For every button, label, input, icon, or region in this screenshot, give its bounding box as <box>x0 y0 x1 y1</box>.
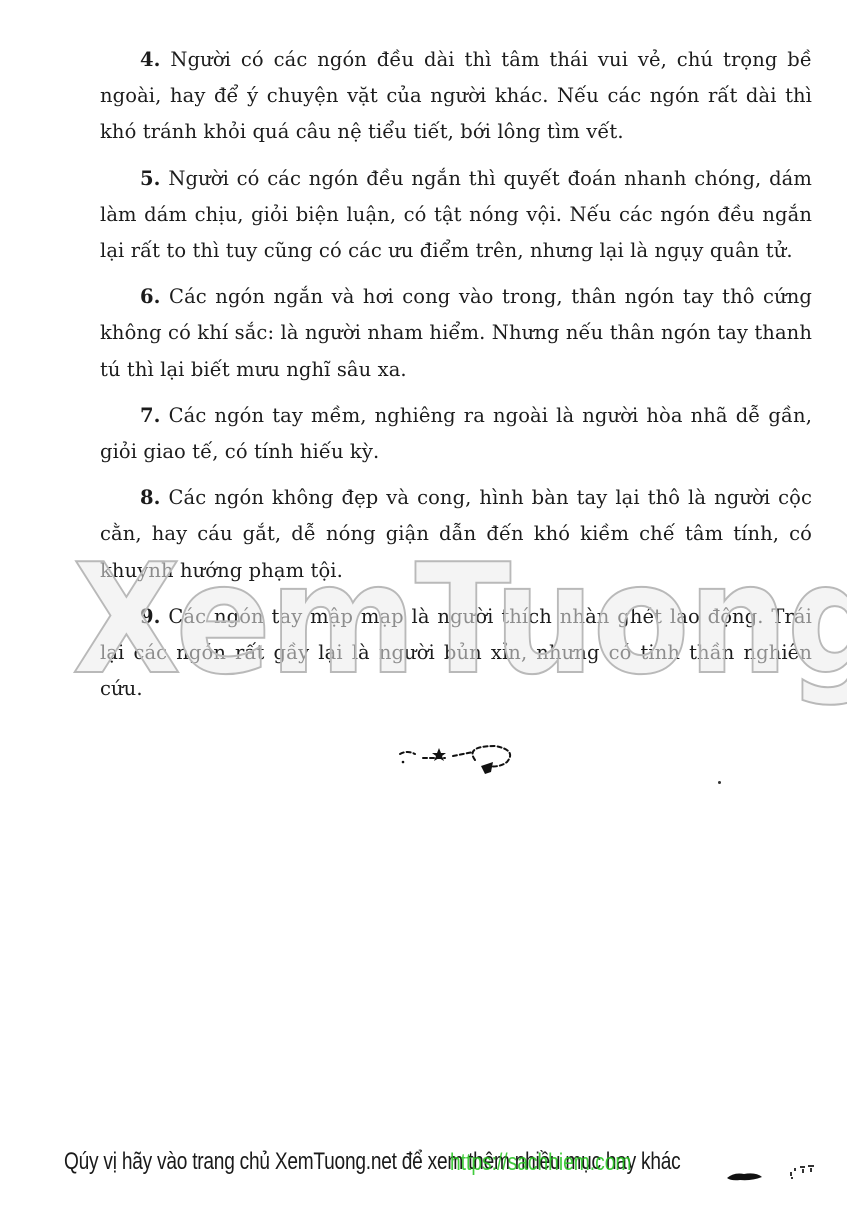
paragraph-number: 6. <box>140 285 161 308</box>
paragraph-number: 5. <box>140 167 161 190</box>
paragraph-number: 4. <box>140 48 161 71</box>
paragraph-text: Các ngón tay mềm, nghiêng ra ngoài là ng… <box>100 404 812 463</box>
paragraph-8: 8. Các ngón không đẹp và cong, hình bàn … <box>100 480 812 589</box>
page-number-illegible <box>788 1162 818 1180</box>
paragraph-6: 6. Các ngón ngắn và hơi cong vào trong, … <box>100 279 812 388</box>
paragraph-4: 4. Người có các ngón đều dài thì tâm thá… <box>100 42 812 151</box>
paragraph-5: 5. Người có các ngón đều ngắn thì quyết … <box>100 161 812 270</box>
scan-blot-mark <box>726 1170 764 1182</box>
paragraph-number: 9. <box>140 605 161 628</box>
paragraph-text: Các ngón ngắn và hơi cong vào trong, thâ… <box>100 285 812 380</box>
scan-speck <box>718 781 721 784</box>
overlay-link[interactable]: https://sachhiem.com <box>450 1149 631 1177</box>
paragraph-number: 7. <box>140 404 161 427</box>
paragraph-7: 7. Các ngón tay mềm, nghiêng ra ngoài là… <box>100 398 812 470</box>
paragraph-text: Các ngón không đẹp và cong, hình bàn tay… <box>100 486 812 581</box>
decorative-flourish-icon <box>395 740 525 780</box>
paragraph-text: Người có các ngón đều dài thì tâm thái v… <box>100 48 812 143</box>
footer-banner: Qúy vị hãy vào trang chủ XemTuong.net để… <box>64 1148 844 1188</box>
paragraph-text: Các ngón tay mập mạp là người thích nhàn… <box>100 605 812 700</box>
paragraph-number: 8. <box>140 486 161 509</box>
page-body: 4. Người có các ngón đều dài thì tâm thá… <box>100 42 812 717</box>
paragraph-text: Người có các ngón đều ngắn thì quyết đoá… <box>100 167 812 262</box>
paragraph-9: 9. Các ngón tay mập mạp là người thích n… <box>100 599 812 708</box>
